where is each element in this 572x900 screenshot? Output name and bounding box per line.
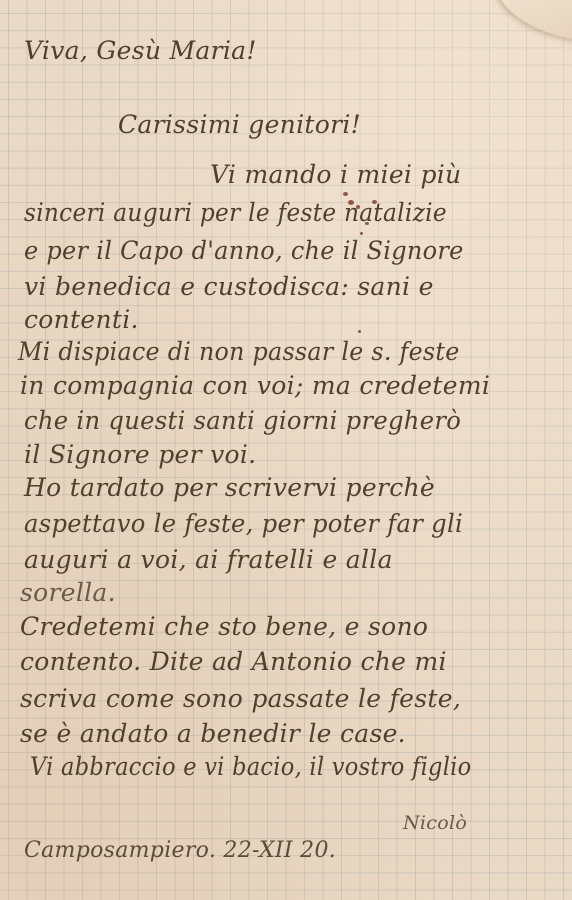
body-line: se è andato a benedir le case. — [20, 719, 406, 748]
body-line: Credetemi che sto bene, e sono — [20, 612, 428, 641]
body-line: scriva come sono passate le feste, — [20, 684, 461, 713]
salutation: Carissimi genitori! — [118, 110, 361, 139]
body-line: sinceri auguri per le feste natalizie — [24, 198, 447, 227]
body-line: Ho tardato per scrivervi perchè — [24, 473, 435, 502]
body-line: contento. Dite ad Antonio che mi — [20, 647, 447, 676]
body-line: Vi mando i miei più — [210, 160, 461, 189]
body-line: vi benedica e custodisca: sani e — [24, 272, 434, 301]
body-line: sorella. — [20, 578, 116, 607]
body-line: aspettavo le feste, per poter far gli — [24, 509, 463, 538]
signature: Nicolò — [403, 812, 467, 834]
folded-corner — [489, 0, 572, 42]
invocation: Viva, Gesù Maria! — [24, 36, 257, 65]
ink-stain — [343, 192, 348, 196]
ink-stain — [360, 232, 363, 235]
letter-page: Viva, Gesù Maria! Carissimi genitori! Vi… — [0, 0, 572, 900]
body-line: che in questi santi giorni pregherò — [24, 406, 461, 435]
body-line: Mi dispiace di non passar le s. feste — [18, 337, 460, 366]
body-line: Vi abbraccio e vi bacio, il vostro figli… — [30, 752, 471, 781]
body-line: contenti. — [24, 305, 139, 334]
body-line: in compagnia con voi; ma credetemi — [20, 371, 490, 400]
ink-stain — [358, 330, 361, 333]
body-line: auguri a voi, ai fratelli e alla — [24, 545, 393, 574]
place-date: Camposampiero. 22-XII 20. — [24, 838, 336, 863]
body-line: e per il Capo d'anno, che il Signore — [24, 236, 464, 265]
body-line: il Signore per voi. — [24, 440, 256, 469]
